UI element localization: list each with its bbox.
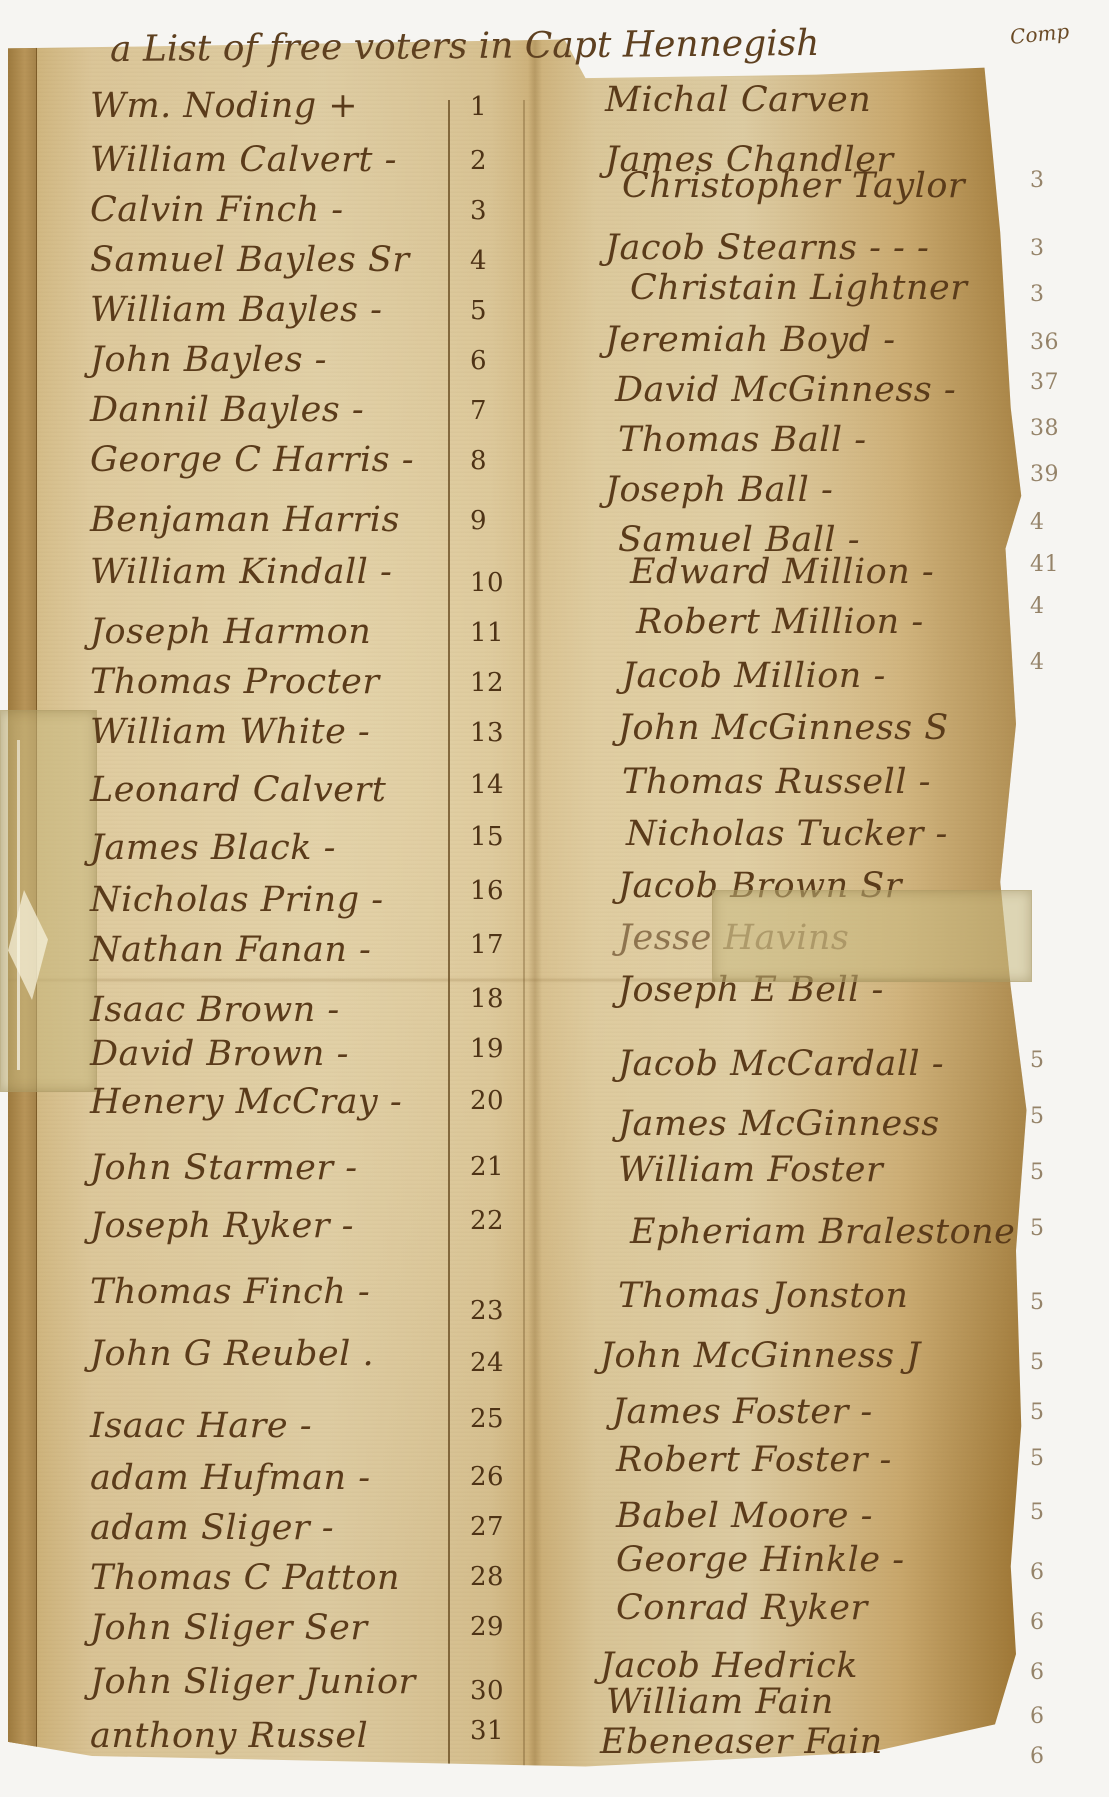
voter-number: 31 bbox=[470, 1716, 504, 1746]
voter-name: John Sliger Junior bbox=[90, 1662, 416, 1702]
voter-name: James Black - bbox=[90, 828, 336, 868]
voter-name: Robert Foster - bbox=[616, 1440, 892, 1480]
voter-name: Benjaman Harris bbox=[90, 500, 400, 540]
voter-number: 5 bbox=[1030, 1500, 1045, 1525]
voter-name: Jacob McCardall - bbox=[618, 1044, 944, 1084]
voter-name: Dannil Bayles - bbox=[90, 390, 364, 430]
voter-number: 2 bbox=[470, 146, 487, 176]
voter-name: Leonard Calvert bbox=[90, 770, 386, 810]
voter-name: Epheriam Bralestone bbox=[630, 1212, 1015, 1252]
voter-name: Jacob Stearns - - - bbox=[605, 228, 929, 268]
voter-name: John Bayles - bbox=[90, 340, 327, 380]
document-heading: a List of free voters in Capt Hennegish bbox=[110, 23, 820, 70]
voter-number: 19 bbox=[470, 1034, 504, 1064]
voter-name: Babel Moore - bbox=[616, 1496, 873, 1536]
voter-name: James Foster - bbox=[612, 1392, 873, 1432]
voter-name: Conrad Ryker bbox=[616, 1588, 868, 1628]
voter-name: William Fain bbox=[606, 1682, 834, 1722]
binding-stitch bbox=[17, 740, 20, 1070]
voter-number: 3 bbox=[1030, 236, 1045, 261]
voter-number: 15 bbox=[470, 822, 504, 852]
voter-name: Thomas C Patton bbox=[90, 1558, 400, 1598]
voter-number: 20 bbox=[470, 1086, 504, 1116]
voter-name: Thomas Russell - bbox=[622, 762, 931, 802]
voter-number: 5 bbox=[1030, 1160, 1045, 1185]
voter-name: Joseph Ball - bbox=[605, 470, 833, 510]
voter-number: 5 bbox=[1030, 1350, 1045, 1375]
voter-name: George Hinkle - bbox=[616, 1540, 905, 1580]
voter-number: 27 bbox=[470, 1512, 504, 1542]
voter-number: 38 bbox=[1030, 416, 1059, 441]
voter-number: 5 bbox=[470, 296, 487, 326]
voter-number: 21 bbox=[470, 1152, 504, 1182]
voter-name: Robert Million - bbox=[636, 602, 924, 642]
voter-number: 5 bbox=[1030, 1400, 1045, 1425]
voter-name: adam Hufman - bbox=[90, 1458, 371, 1498]
voter-name: Jeremiah Boyd - bbox=[605, 320, 896, 360]
voter-number: 6 bbox=[1030, 1744, 1045, 1769]
voter-name: Jacob Million - bbox=[622, 656, 886, 696]
voter-number: 29 bbox=[470, 1612, 504, 1642]
voter-name: Thomas Procter bbox=[90, 662, 380, 702]
voter-number: 4 bbox=[1030, 650, 1045, 675]
voter-name: adam Sliger - bbox=[90, 1508, 334, 1548]
voter-number: 5 bbox=[1030, 1048, 1045, 1073]
voter-name: Joseph Harmon bbox=[90, 612, 371, 652]
voter-number: 10 bbox=[470, 568, 504, 598]
voter-number: 4 bbox=[470, 246, 487, 276]
voter-name: Isaac Brown - bbox=[90, 990, 340, 1030]
voter-number: 6 bbox=[1030, 1704, 1045, 1729]
center-fold bbox=[528, 22, 542, 1777]
voter-name: Calvin Finch - bbox=[90, 190, 344, 230]
voter-number: 1 bbox=[470, 92, 487, 122]
voter-number: 41 bbox=[1030, 552, 1059, 577]
voter-name: John McGinness J bbox=[600, 1336, 921, 1376]
voter-number: 16 bbox=[470, 876, 504, 906]
voter-number: 23 bbox=[470, 1296, 504, 1326]
voter-name: John G Reubel . bbox=[90, 1334, 374, 1374]
voter-name: Nathan Fanan - bbox=[90, 930, 371, 970]
voter-name: Wm. Noding + bbox=[90, 86, 358, 126]
voter-name: George C Harris - bbox=[90, 440, 414, 480]
voter-number: 36 bbox=[1030, 330, 1059, 355]
voter-number: 3 bbox=[1030, 282, 1045, 307]
voter-number: 5 bbox=[1030, 1446, 1045, 1471]
voter-name: John Starmer - bbox=[90, 1148, 358, 1188]
voter-number: 13 bbox=[470, 718, 504, 748]
voter-number: 30 bbox=[470, 1676, 504, 1706]
voter-number: 39 bbox=[1030, 462, 1059, 487]
voter-number: 5 bbox=[1030, 1104, 1045, 1129]
voter-number: 3 bbox=[470, 196, 487, 226]
voter-name: William Calvert - bbox=[90, 140, 397, 180]
voter-number: 4 bbox=[1030, 510, 1045, 535]
voter-number: 9 bbox=[470, 506, 487, 536]
voter-number: 6 bbox=[1030, 1560, 1045, 1585]
voter-name: James McGinness bbox=[618, 1104, 940, 1144]
voter-name: John Sliger Ser bbox=[90, 1608, 368, 1648]
voter-number: 22 bbox=[470, 1206, 504, 1236]
voter-name: Christain Lightner bbox=[630, 268, 967, 308]
voter-number: 18 bbox=[470, 984, 504, 1014]
heading-annotation: Comp bbox=[1009, 19, 1070, 49]
voter-name: Michal Carven bbox=[605, 80, 871, 120]
voter-number: 6 bbox=[470, 346, 487, 376]
voter-name: Jacob Hedrick bbox=[600, 1646, 858, 1686]
voter-number: 11 bbox=[470, 618, 504, 648]
voter-number: 5 bbox=[1030, 1290, 1045, 1315]
voter-name: Joseph Ryker - bbox=[90, 1206, 354, 1246]
voter-name: William Bayles - bbox=[90, 290, 383, 330]
voter-number: 25 bbox=[470, 1404, 504, 1434]
voter-name: Nicholas Pring - bbox=[90, 880, 384, 920]
voter-number: 24 bbox=[470, 1348, 504, 1378]
tape-strip-left bbox=[0, 710, 97, 1092]
voter-name: anthony Russel bbox=[90, 1716, 368, 1756]
voter-name: Thomas Finch - bbox=[90, 1272, 370, 1312]
voter-number: 8 bbox=[470, 446, 487, 476]
voter-name: David Brown - bbox=[90, 1034, 349, 1074]
tape-strip-right bbox=[712, 890, 1032, 982]
voter-number: 37 bbox=[1030, 370, 1059, 395]
voter-number: 7 bbox=[470, 396, 487, 426]
voter-number: 26 bbox=[470, 1462, 504, 1492]
voter-name: William Foster bbox=[618, 1150, 883, 1190]
voter-name: David McGinness - bbox=[615, 370, 956, 410]
voter-name: Edward Million - bbox=[630, 552, 934, 592]
voter-name: Christopher Taylor bbox=[622, 166, 965, 206]
voter-number: 4 bbox=[1030, 594, 1045, 619]
voter-name: William Kindall - bbox=[90, 552, 392, 592]
voter-name: Thomas Ball - bbox=[618, 420, 867, 460]
voter-name: Samuel Bayles Sr bbox=[90, 240, 410, 280]
number-column-rule-left bbox=[448, 100, 450, 1790]
number-column-rule-right bbox=[523, 100, 525, 1790]
voter-name: John McGinness S bbox=[618, 708, 949, 748]
voter-name: Ebeneaser Fain bbox=[600, 1722, 883, 1762]
voter-number: 17 bbox=[470, 930, 504, 960]
voter-name: William White - bbox=[90, 712, 370, 752]
voter-number: 12 bbox=[470, 668, 504, 698]
voter-number: 14 bbox=[470, 770, 504, 800]
voter-name: Thomas Jonston bbox=[618, 1276, 908, 1316]
voter-number: 6 bbox=[1030, 1660, 1045, 1685]
voter-number: 3 bbox=[1030, 168, 1045, 193]
voter-name: Nicholas Tucker - bbox=[626, 814, 948, 854]
voter-number: 6 bbox=[1030, 1610, 1045, 1635]
voter-name: Isaac Hare - bbox=[90, 1406, 312, 1446]
voter-number: 28 bbox=[470, 1562, 504, 1592]
voter-name: Henery McCray - bbox=[90, 1082, 402, 1122]
voter-number: 5 bbox=[1030, 1216, 1045, 1241]
